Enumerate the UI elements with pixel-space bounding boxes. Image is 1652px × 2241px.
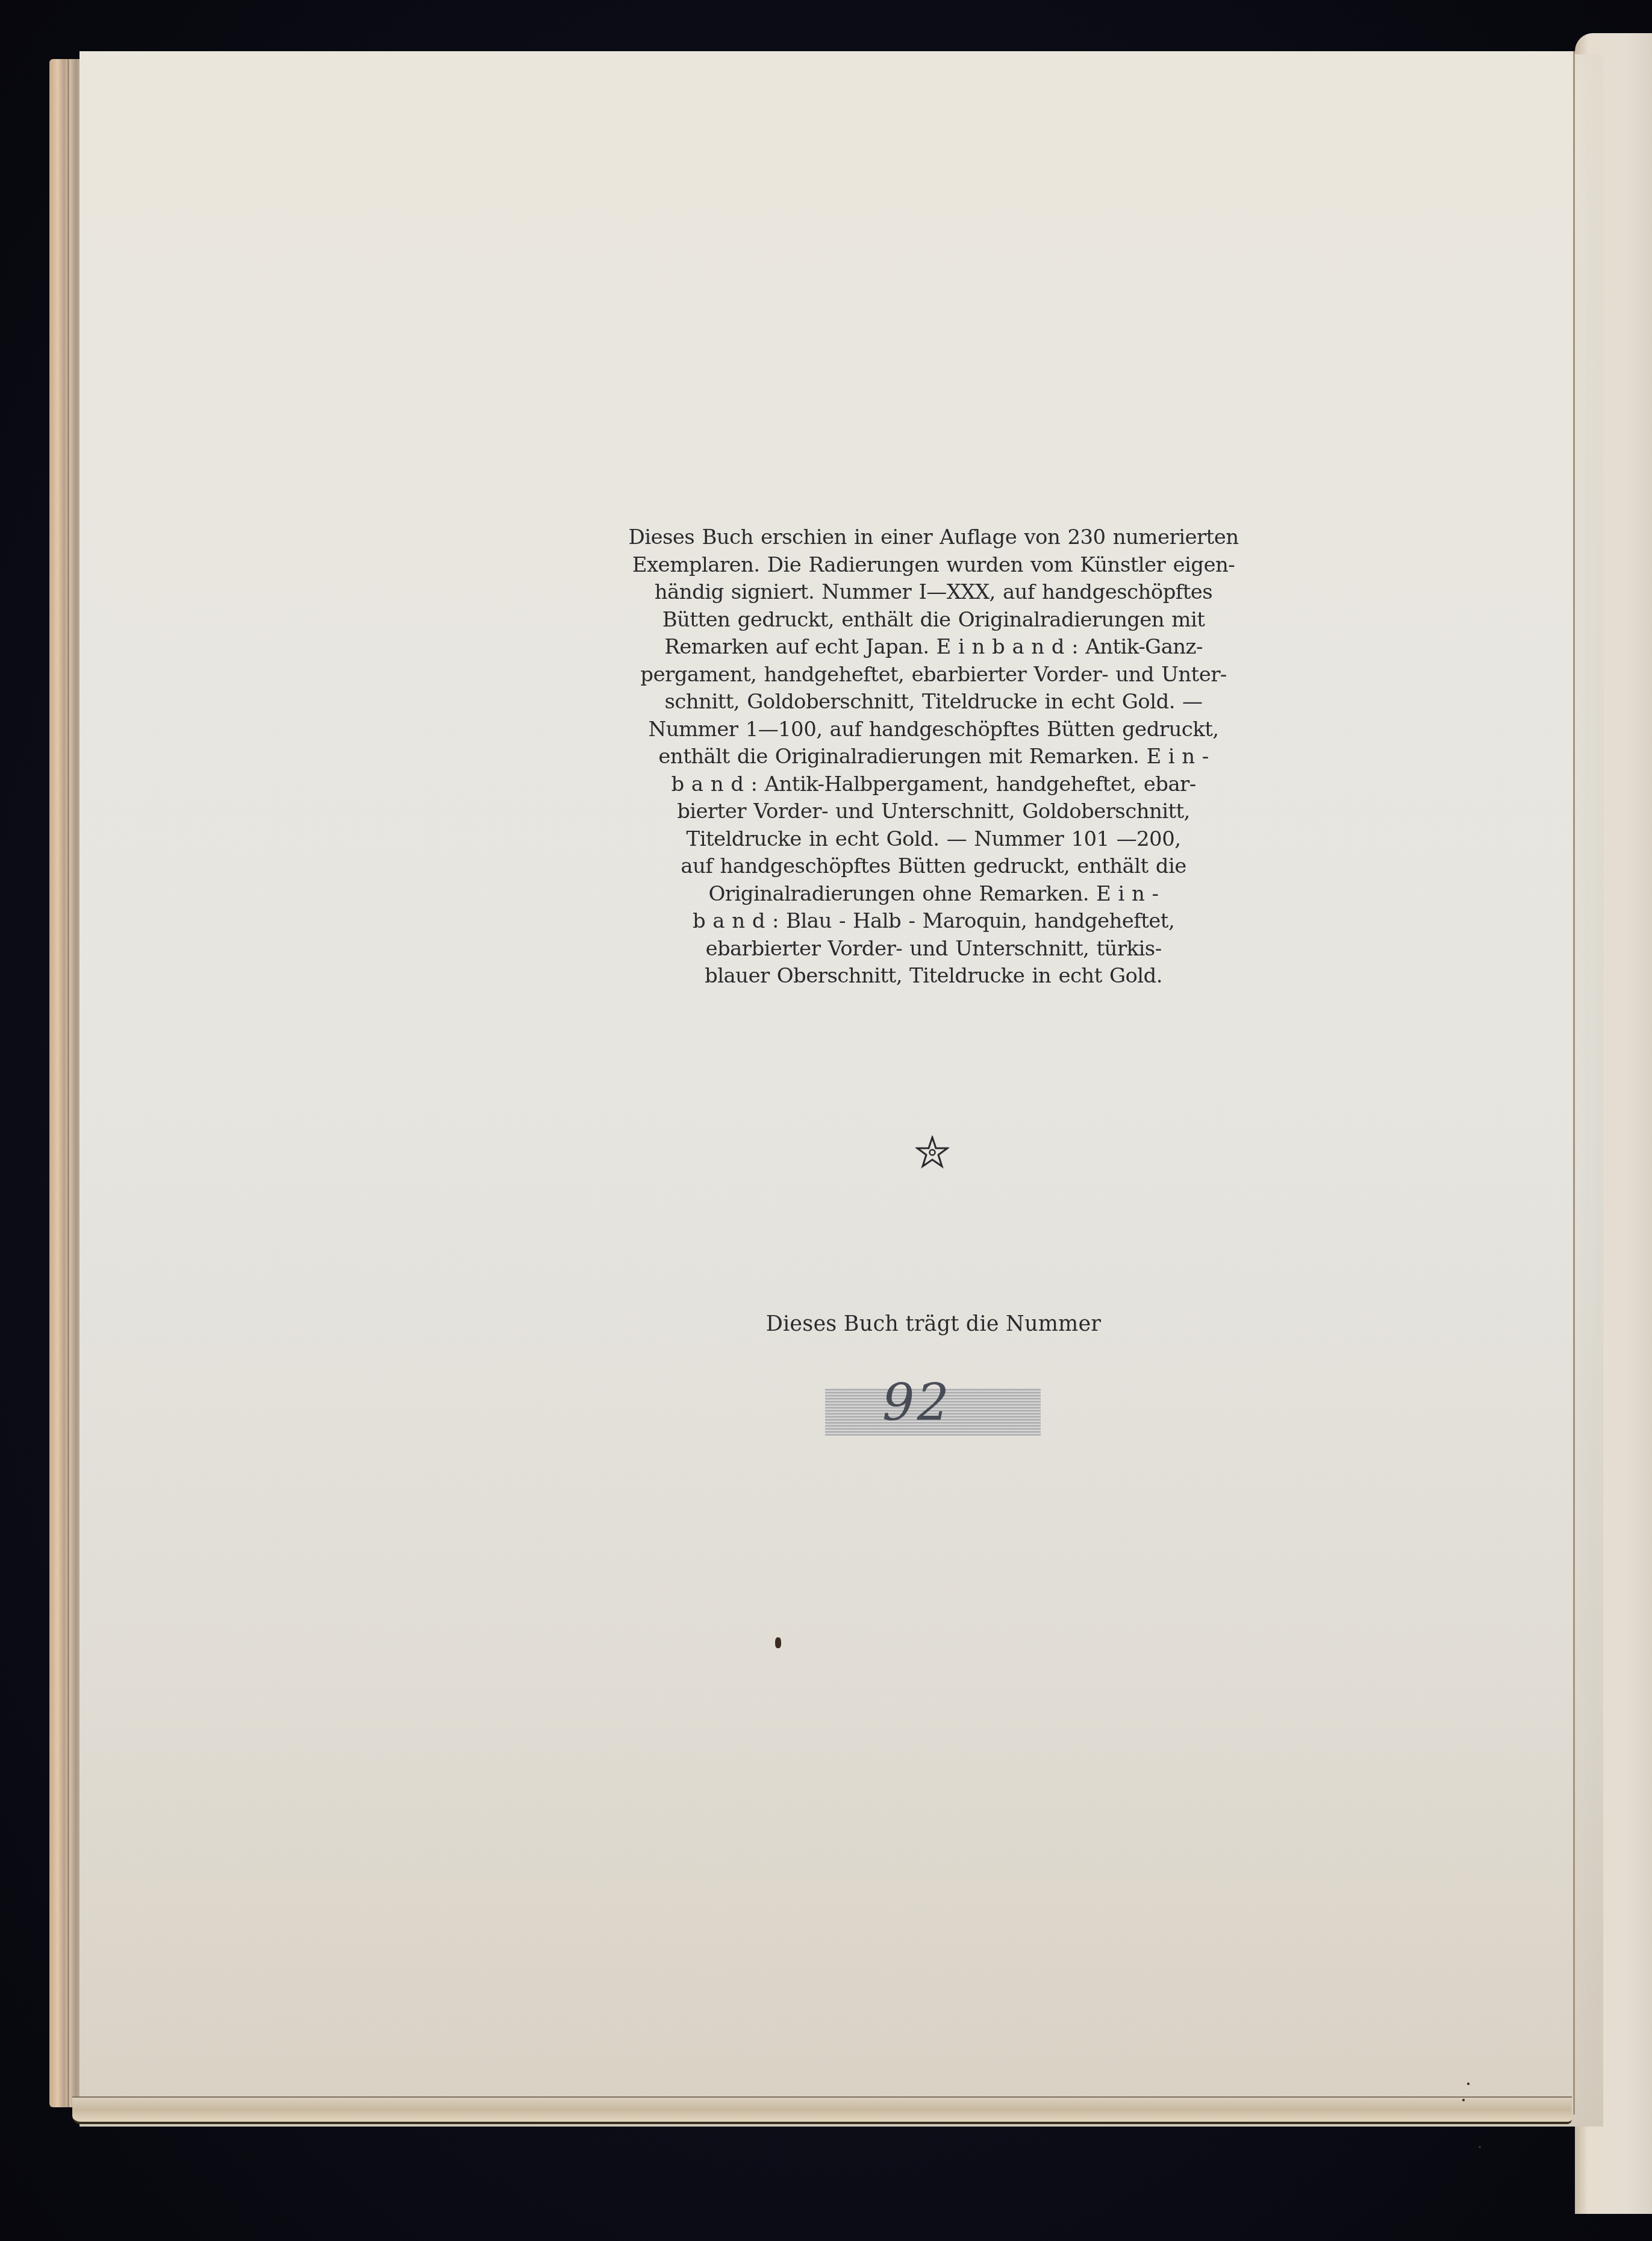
deckled-page-stack-edge xyxy=(49,59,83,2107)
colophon-line: Originalradierungen ohne Remarken. E i n… xyxy=(602,881,1265,908)
colophon-line: händig signiert. Nummer I—XXX, auf handg… xyxy=(602,579,1265,607)
colophon-line: Bütten gedruckt, enthält die Originalrad… xyxy=(602,607,1265,634)
colophon-line: auf handgeschöpftes Bütten gedruckt, ent… xyxy=(602,853,1265,881)
star-ornament-icon xyxy=(915,1136,949,1169)
edition-number-field: 92 xyxy=(825,1389,1041,1436)
colophon-line: bierter Vorder- und Unterschnitt, Goldob… xyxy=(602,798,1265,826)
colophon-text-block: Dieses Buch erschien in einer Auflage vo… xyxy=(602,524,1265,990)
colophon-page xyxy=(79,51,1575,2114)
paper-speck xyxy=(1467,2083,1470,2085)
colophon-line: Titeldrucke in echt Gold. — Nummer 101 —… xyxy=(602,826,1265,854)
number-label: Dieses Buch trägt die Nummer xyxy=(741,1312,1126,1336)
colophon-line: Remarken auf echt Japan. E i n b a n d :… xyxy=(602,634,1265,661)
paper-speck xyxy=(1479,2146,1481,2148)
deckled-bottom-edge xyxy=(72,2096,1572,2124)
colophon-line: Nummer 1—100, auf handgeschöpftes Bütten… xyxy=(602,716,1265,744)
handwritten-edition-number: 92 xyxy=(882,1373,952,1432)
colophon-line: Dieses Buch erschien in einer Auflage vo… xyxy=(602,524,1265,552)
colophon-line: pergament, handgeheftet, ebarbierter Vor… xyxy=(602,661,1265,689)
colophon-line: Exemplaren. Die Radierungen wurden vom K… xyxy=(602,552,1265,580)
colophon-paragraph: Dieses Buch erschien in einer Auflage vo… xyxy=(602,524,1265,990)
colophon-line: ebarbierter Vorder- und Unterschnitt, tü… xyxy=(602,936,1265,963)
colophon-line: enthält die Originalradierungen mit Rema… xyxy=(602,743,1265,771)
colophon-line: b a n d : Blau - Halb - Maroquin, handge… xyxy=(602,908,1265,936)
colophon-line: b a n d : Antik-Halbpergament, handgehef… xyxy=(602,771,1265,799)
colophon-line: blauer Oberschnitt, Titeldrucke in echt … xyxy=(602,963,1265,990)
paper-speck xyxy=(1462,2099,1465,2101)
colophon-line: schnitt, Goldoberschnitt, Titeldrucke in… xyxy=(602,689,1265,716)
paper-speck xyxy=(775,1637,781,1648)
